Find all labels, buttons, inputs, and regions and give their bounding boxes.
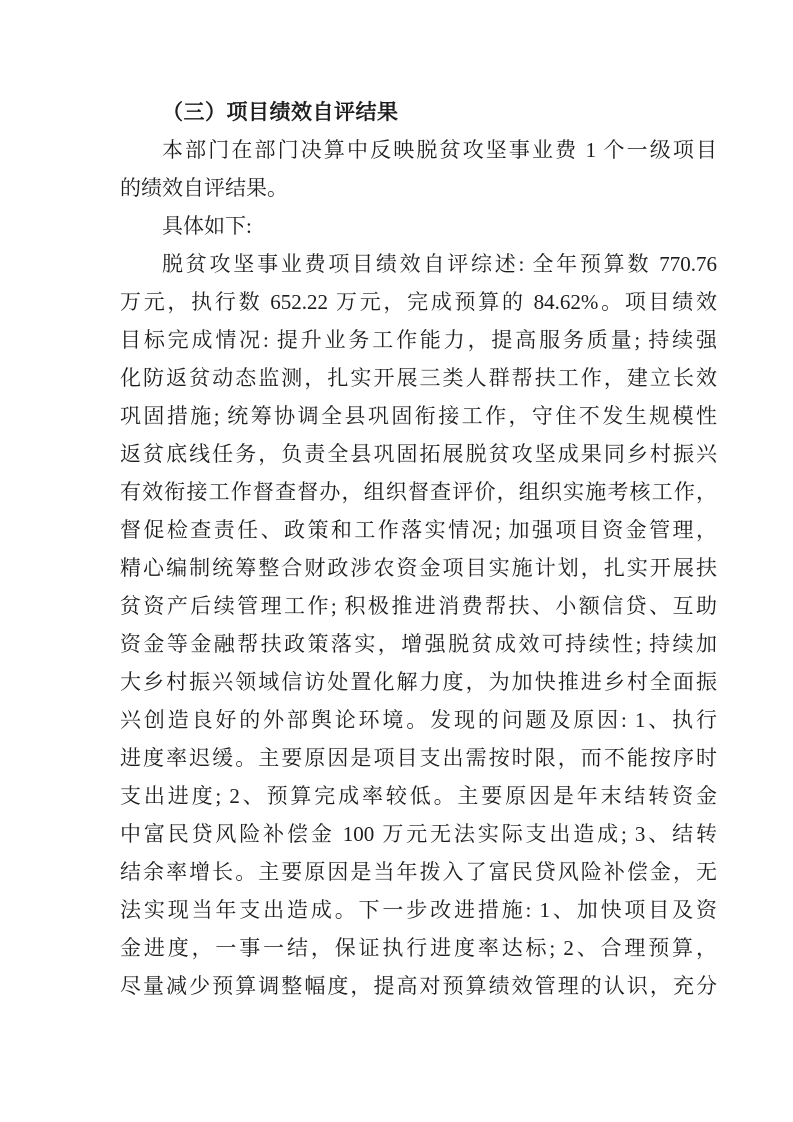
- text-line: 兴创造良好的外部舆论环境。发现的问题及原因: 1、执行: [120, 701, 717, 739]
- text-line: 中富民贷风险补偿金 100 万元无法实际支出造成; 3、结转: [120, 815, 717, 853]
- text-line: 返贫底线任务，负责全县巩固拓展脱贫攻坚成果同乡村振兴: [120, 435, 717, 473]
- text-line: 大乡村振兴领域信访处置化解力度，为加快推进乡村全面振: [120, 663, 717, 701]
- document-body: （三）项目绩效自评结果 本部门在部门决算中反映脱贫攻坚事业费 1 个一级项目 的…: [120, 93, 717, 1005]
- text-line: 万元，执行数 652.22 万元，完成预算的 84.62%。项目绩效: [120, 283, 717, 321]
- text-line: 化防返贫动态监测，扎实开展三类人群帮扶工作，建立长效: [120, 359, 717, 397]
- text-line: 结余率增长。主要原因是当年拨入了富民贷风险补偿金，无: [120, 853, 717, 891]
- text-line: 督促检查责任、政策和工作落实情况; 加强项目资金管理，: [120, 511, 717, 549]
- text-line: 巩固措施; 统筹协调全县巩固衔接工作，守住不发生规模性: [120, 397, 717, 435]
- text-line: 目标完成情况: 提升业务工作能力，提高服务质量; 持续强: [120, 321, 717, 359]
- document-page: （三）项目绩效自评结果 本部门在部门决算中反映脱贫攻坚事业费 1 个一级项目 的…: [0, 0, 793, 1122]
- text-line: 进度率迟缓。主要原因是项目支出需按时限，而不能按序时: [120, 739, 717, 777]
- text-line: 尽量减少预算调整幅度，提高对预算绩效管理的认识，充分: [120, 967, 717, 1005]
- text-line: 具体如下:: [120, 207, 717, 245]
- text-line: 法实现当年支出造成。下一步改进措施: 1、加快项目及资: [120, 891, 717, 929]
- text-line: 精心编制统筹整合财政涉农资金项目实施计划，扎实开展扶: [120, 549, 717, 587]
- text-line: 本部门在部门决算中反映脱贫攻坚事业费 1 个一级项目: [120, 131, 717, 169]
- text-line: 支出进度; 2、预算完成率较低。主要原因是年末结转资金: [120, 777, 717, 815]
- text-line: 金进度，一事一结，保证执行进度率达标; 2、合理预算，: [120, 929, 717, 967]
- text-line: 资金等金融帮扶政策落实，增强脱贫成效可持续性; 持续加: [120, 625, 717, 663]
- text-line: 有效衔接工作督查督办，组织督查评价，组织实施考核工作，: [120, 473, 717, 511]
- text-line: 的绩效自评结果。: [120, 169, 717, 207]
- section-heading: （三）项目绩效自评结果: [120, 93, 717, 131]
- text-line: 脱贫攻坚事业费项目绩效自评综述: 全年预算数 770.76: [120, 245, 717, 283]
- text-line: 贫资产后续管理工作; 积极推进消费帮扶、小额信贷、互助: [120, 587, 717, 625]
